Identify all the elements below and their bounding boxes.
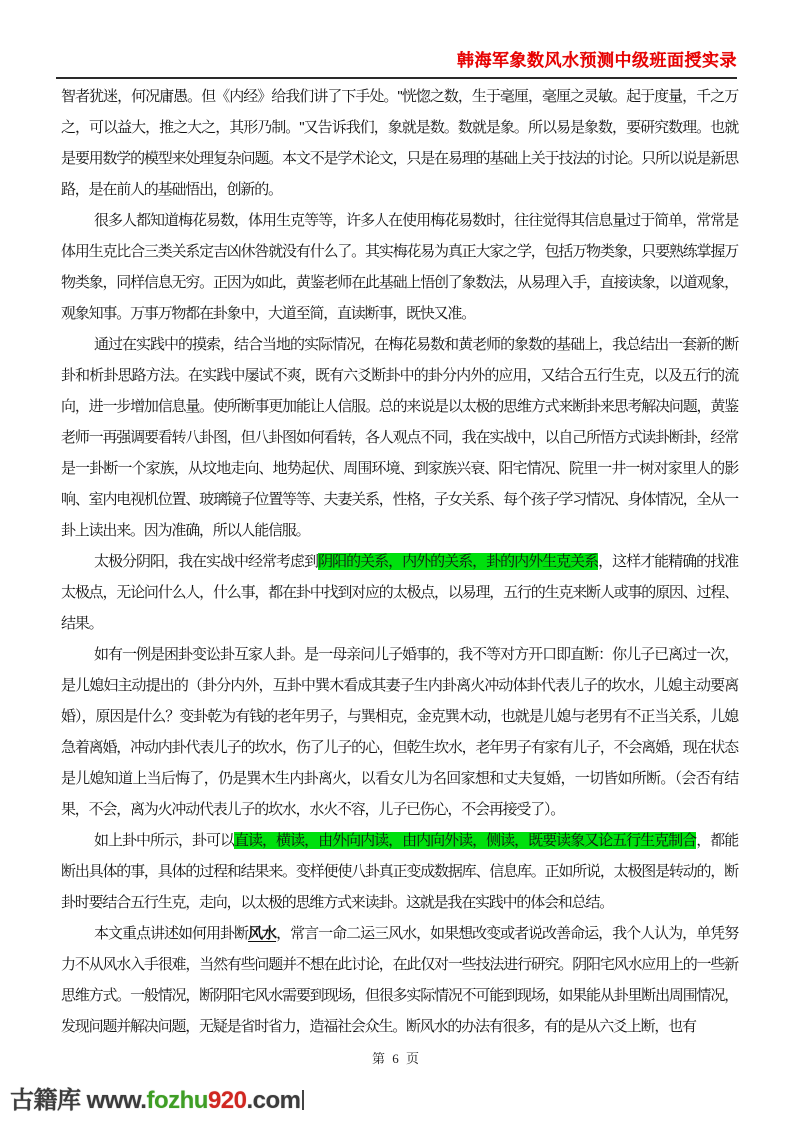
watermark-site-name: 古籍库 www. [10, 1087, 146, 1114]
document-body: 智者犹迷，何况庸愚。但《内经》给我们讲了下手处。"恍惚之数，生于毫厘，毫厘之灵敏… [61, 81, 738, 1042]
paragraph-7: 本文重点讲述如何用卦断风水，常言一命二运三风水，如果想改变或者说改善命运，我个人… [61, 918, 738, 1042]
text-run: 太极分阴阳，我在实战中经常考虑到 [94, 553, 318, 570]
paragraph-4: 太极分阴阳，我在实战中经常考虑到阴阳的关系，内外的关系，卦的内外生克关系，这样才… [61, 546, 738, 639]
text-run: 很多人都知道梅花易数，体用生克等等，许多人在使用梅花易数时，往往觉得其信息量过于… [61, 212, 738, 322]
text-run: 智者犹迷，何况庸愚。但《内经》给我们讲了下手处。"恍惚之数，生于毫厘，毫厘之灵敏… [61, 88, 738, 198]
text-run: 通过在实践中的摸索，结合当地的实际情况，在梅花易数和黄老师的象数的基础上，我总结… [61, 336, 738, 539]
paragraph-2: 很多人都知道梅花易数，体用生克等等，许多人在使用梅花易数时，往往觉得其信息量过于… [61, 205, 738, 329]
emphasized-term-fengshui: 风水 [248, 925, 276, 942]
page-number: 第 6 页 [0, 1048, 793, 1067]
watermark-url-suffix: .com [246, 1087, 300, 1114]
text-run: 如上卦中所示，卦可以 [94, 832, 234, 849]
watermark-logo: 古籍库 www.fozhu920.com [10, 1080, 304, 1115]
text-run: 本文重点讲述如何用卦断 [94, 925, 248, 942]
paragraph-5: 如有一例是困卦变讼卦互家人卦。是一母亲问儿子婚事的，我不等对方开口即直断：你儿子… [61, 639, 738, 825]
highlighted-text-reading-methods: 直读，横读，由外向内读，由内向外读，侧读，既要读象又论五行生克制合 [234, 832, 696, 849]
page-header-title: 韩海军象数风水预测中级班面授实录 [457, 46, 737, 71]
header-divider [56, 77, 737, 79]
watermark-cursor-bar [302, 1090, 304, 1110]
watermark-url-green: fozhu [146, 1087, 207, 1114]
highlighted-text-relations: 阴阳的关系，内外的关系，卦的内外生克关系 [318, 553, 598, 570]
text-run: 如有一例是困卦变讼卦互家人卦。是一母亲问儿子婚事的，我不等对方开口即直断：你儿子… [61, 646, 738, 818]
document-page: 韩海军象数风水预测中级班面授实录 智者犹迷，何况庸愚。但《内经》给我们讲了下手处… [0, 0, 793, 1122]
watermark-url-red: 920 [208, 1087, 247, 1114]
paragraph-3: 通过在实践中的摸索，结合当地的实际情况，在梅花易数和黄老师的象数的基础上，我总结… [61, 329, 738, 546]
paragraph-1: 智者犹迷，何况庸愚。但《内经》给我们讲了下手处。"恍惚之数，生于毫厘，毫厘之灵敏… [61, 81, 738, 205]
paragraph-6: 如上卦中所示，卦可以直读，横读，由外向内读，由内向外读，侧读，既要读象又论五行生… [61, 825, 738, 918]
